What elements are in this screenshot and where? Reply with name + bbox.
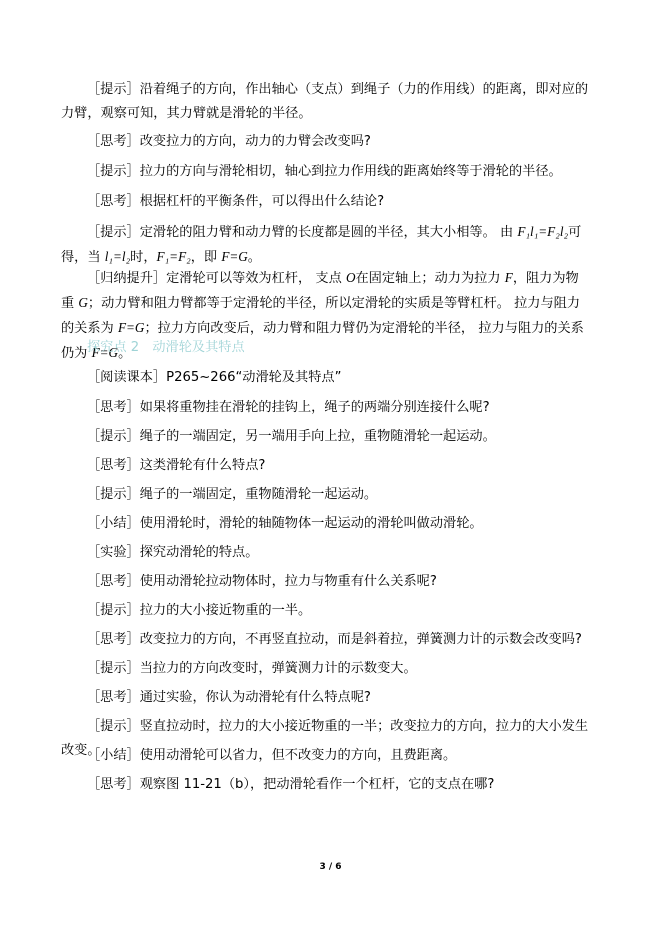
paragraph-hint-1: ［提示］沿着绳子的方向，作出轴心（支点）到绳子（力的作用线）的距离，即对应的力臂… <box>61 78 591 126</box>
think-tag: ［思考］ <box>87 777 140 792</box>
hint-tag: ［提示］ <box>87 225 140 240</box>
paragraph-think-5: ［思考］使用动滑轮拉动物体时，拉力与物重有什么关系呢? <box>61 570 591 594</box>
think-tag: ［思考］ <box>87 400 140 415</box>
paragraph-text: 当拉力的方向改变时，弹簧测力计的示数变大。 <box>140 661 417 676</box>
paragraph-text: 使用动滑轮可以省力，但不改变力的方向，且费距离。 <box>140 748 457 763</box>
paragraph-think-6: ［思考］改变拉力的方向，不再竖直拉动，而是斜着拉，弹簧测力计的示数会改变吗? <box>61 628 591 652</box>
formula-arm-equal: l₁=l₂ <box>105 249 130 264</box>
paragraph-think-4: ［思考］这类滑轮有什么特点? <box>61 454 591 478</box>
paragraph-text: 观察图 11-21（b），把动滑轮看作一个杠杆，它的支点在哪? <box>140 777 495 792</box>
paragraph-text: 如果将重物挂在滑轮的挂钩上，绳子的两端分别连接什么呢? <box>140 400 490 415</box>
paragraph-think-1: ［思考］改变拉力的方向，动力的力臂会改变吗? <box>61 130 591 154</box>
variable-g: G <box>78 295 88 310</box>
paragraph-text: 使用动滑轮拉动物体时，拉力与物重有什么关系呢? <box>140 574 437 589</box>
think-tag: ［思考］ <box>87 194 140 209</box>
paragraph-text: 沿着绳子的方向，作出轴心（支点）到绳子（力的作用线）的距离，即对应的力臂，观察可… <box>61 82 588 121</box>
page-number: 3 / 6 <box>0 862 661 872</box>
paragraph-text: 改变拉力的方向，动力的力臂会改变吗? <box>140 134 371 149</box>
paragraph-text: ，即 <box>191 250 222 265</box>
hint-tag: ［提示］ <box>87 661 140 676</box>
hint-tag: ［提示］ <box>87 82 140 97</box>
paragraph-text: 拉力的大小接近物重的一半。 <box>140 603 311 618</box>
think-tag: ［思考］ <box>87 134 140 149</box>
read-tag: ［阅读课本］ <box>87 370 166 385</box>
hint-tag: ［提示］ <box>87 429 140 444</box>
paragraph-text: 时， <box>130 250 156 265</box>
paragraph-text: 定滑轮的阻力臂和动力臂的长度都是圆的半径，其大小相等。 由 <box>140 225 518 240</box>
hint-tag: ［提示］ <box>87 164 140 179</box>
paragraph-experiment: ［实验］探究动滑轮的特点。 <box>61 541 591 565</box>
hint-tag: ［提示］ <box>87 487 140 502</box>
paragraph-conclusion-2: ［小结］使用动滑轮可以省力，但不改变力的方向，且费距离。 <box>61 744 591 768</box>
formula-lever-balance: F₁l₁=F₂l₂ <box>517 224 568 239</box>
hint-tag: ［提示］ <box>87 719 140 734</box>
paragraph-hint-2: ［提示］拉力的方向与滑轮相切，轴心到拉力作用线的距离始终等于滑轮的半径。 <box>61 160 591 184</box>
summary-tag: ［归纳提升］ <box>87 271 166 286</box>
paragraph-hint-7: ［提示］当拉力的方向改变时，弹簧测力计的示数变大。 <box>61 657 591 681</box>
paragraph-text: 通过实验，你认为动滑轮有什么特点呢? <box>140 690 371 705</box>
paragraph-text: 根据杠杆的平衡条件，可以得出什么结论? <box>140 194 384 209</box>
paragraph-conclusion-1: ［小结］使用滑轮时，滑轮的轴随物体一起运动的滑轮叫做动滑轮。 <box>61 512 591 536</box>
think-tag: ［思考］ <box>87 632 140 647</box>
paragraph-text: 使用滑轮时，滑轮的轴随物体一起运动的滑轮叫做动滑轮。 <box>140 516 483 531</box>
paragraph-hint-3: ［提示］定滑轮的阻力臂和动力臂的长度都是圆的半径，其大小相等。 由 F₁l₁=F… <box>61 220 591 270</box>
formula-f-equals-g: F=G <box>118 320 144 335</box>
formula-f-equals-g: F=G <box>221 249 247 264</box>
paragraph-text: 改变拉力的方向，不再竖直拉动，而是斜着拉，弹簧测力计的示数会改变吗? <box>140 632 582 647</box>
think-tag: ［思考］ <box>87 690 140 705</box>
paragraph-hint-4: ［提示］绳子的一端固定，另一端用手向上拉，重物随滑轮一起运动。 <box>61 425 591 449</box>
section-heading: 探究点 2 动滑轮及其特点 <box>61 336 591 360</box>
paragraph-hint-5: ［提示］绳子的一端固定，重物随滑轮一起运动。 <box>61 483 591 507</box>
paragraph-text: 。 <box>248 250 261 265</box>
think-tag: ［思考］ <box>87 458 140 473</box>
paragraph-think-7: ［思考］通过实验，你认为动滑轮有什么特点呢? <box>61 686 591 710</box>
paragraph-text: 探究动滑轮的特点。 <box>140 545 259 560</box>
paragraph-think-3: ［思考］如果将重物挂在滑轮的挂钩上，绳子的两端分别连接什么呢? <box>61 396 591 420</box>
experiment-tag: ［实验］ <box>87 545 140 560</box>
paragraph-text: 绳子的一端固定，重物随滑轮一起运动。 <box>140 487 377 502</box>
paragraph-text: 在固定轴上；动力为拉力 <box>355 271 504 286</box>
paragraph-text: 拉力的方向与滑轮相切，轴心到拉力作用线的距离始终等于滑轮的半径。 <box>140 164 562 179</box>
think-tag: ［思考］ <box>87 574 140 589</box>
paragraph-text: P265~266“动滑轮及其特点” <box>166 370 341 385</box>
paragraph-hint-6: ［提示］拉力的大小接近物重的一半。 <box>61 599 591 623</box>
paragraph-think-8: ［思考］观察图 11-21（b），把动滑轮看作一个杠杆，它的支点在哪? <box>61 773 591 797</box>
conclusion-tag: ［小结］ <box>87 516 140 531</box>
paragraph-text: 绳子的一端固定，另一端用手向上拉，重物随滑轮一起运动。 <box>140 429 496 444</box>
paragraph-read-textbook: ［阅读课本］P265~266“动滑轮及其特点” <box>61 366 591 390</box>
paragraph-text: 定滑轮可以等效为杠杆， 支点 <box>166 271 346 286</box>
formula-force-equal: F₁=F₂ <box>157 249 191 264</box>
conclusion-tag: ［小结］ <box>87 748 140 763</box>
variable-f: F <box>505 270 513 285</box>
hint-tag: ［提示］ <box>87 603 140 618</box>
paragraph-think-2: ［思考］根据杠杆的平衡条件，可以得出什么结论? <box>61 190 591 214</box>
paragraph-text: 这类滑轮有什么特点? <box>140 458 266 473</box>
